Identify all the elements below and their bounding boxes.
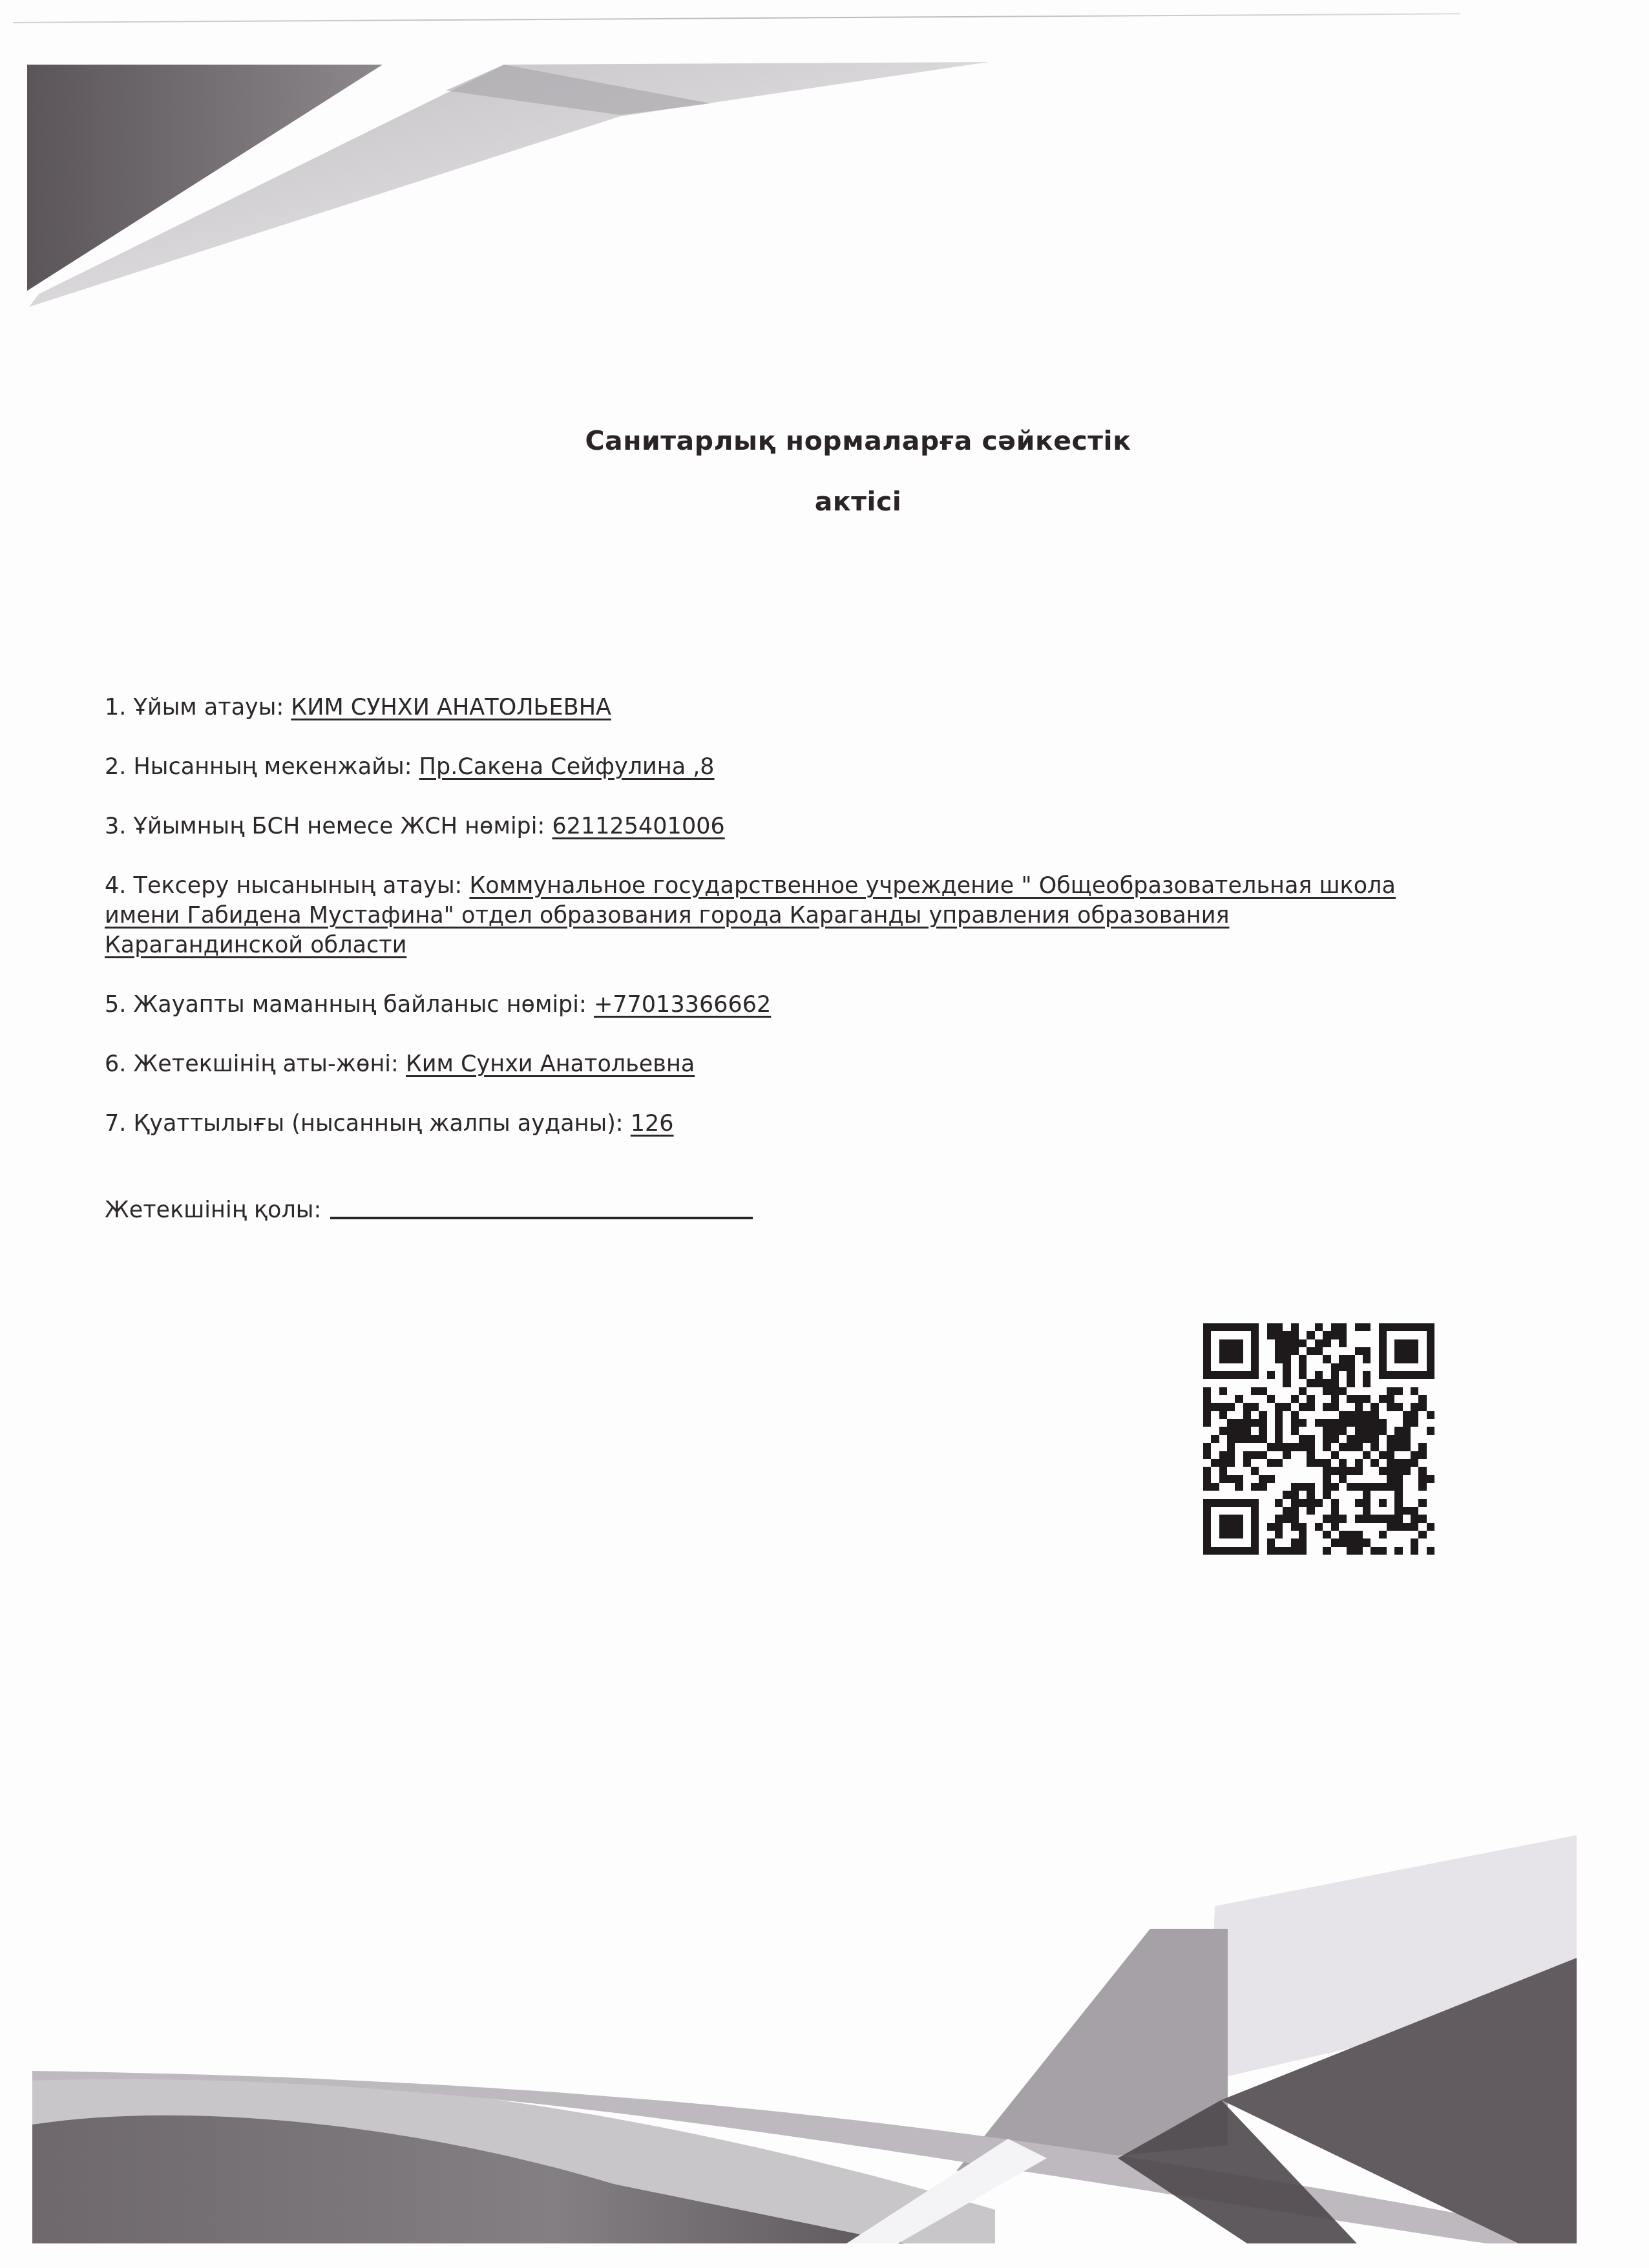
field-value: Пр.Сакена Сейфулина ,8 (419, 754, 715, 780)
field-value: КИМ СУНХИ АНАТОЛЬЕВНА (291, 695, 611, 720)
field-label: 3. Ұйымның БСН немесе ЖСН нөмірі: (105, 814, 552, 839)
field-bin-iin: 3. Ұйымның БСН немесе ЖСН нөмірі: 621125… (105, 812, 1423, 841)
field-director-name: 6. Жетекшінің аты-жөні: Ким Сунхи Анатол… (105, 1049, 1423, 1079)
qr-code-icon (1203, 1323, 1434, 1555)
signature-line (330, 1217, 753, 1219)
field-label: 2. Нысанның мекенжайы: (105, 754, 419, 780)
field-contact-phone: 5. Жауапты маманның байланыс нөмірі: +77… (105, 990, 1423, 1020)
field-label: 7. Қуаттылығы (нысанның жалпы ауданы): (105, 1111, 631, 1137)
footer-decoration (0, 1745, 1649, 2268)
field-label: 5. Жауапты маманның байланыс нөмірі: (105, 992, 594, 1018)
field-value: 126 (631, 1111, 674, 1137)
field-label: 6. Жетекшінің аты-жөні: (105, 1051, 406, 1077)
field-address: 2. Нысанның мекенжайы: Пр.Сакена Сейфули… (105, 752, 1423, 782)
field-capacity-area: 7. Қуаттылығы (нысанның жалпы ауданы): 1… (105, 1109, 1423, 1139)
document-title: Санитарлық нормаларға сәйкестік (34, 425, 1649, 456)
field-organization-name: 1. Ұйым атауы: КИМ СУНХИ АНАТОЛЬЕВНА (105, 693, 1423, 722)
signature-block: Жетекшінің қолы: (105, 1197, 753, 1223)
signature-label: Жетекшінің қолы: (105, 1197, 321, 1223)
act-fields: 1. Ұйым атауы: КИМ СУНХИ АНАТОЛЬЕВНА 2. … (105, 693, 1423, 1168)
field-value: 621125401006 (552, 814, 724, 839)
document-subtitle: актісі (34, 486, 1649, 517)
field-label: 1. Ұйым атауы: (105, 695, 291, 720)
field-value: Ким Сунхи Анатольевна (406, 1051, 695, 1077)
field-inspection-object: 4. Тексеру нысанының атауы: Коммунальное… (105, 871, 1423, 960)
field-label: 4. Тексеру нысанының атауы: (105, 873, 469, 899)
field-value: +77013366662 (594, 992, 771, 1018)
header-decoration (0, 0, 1649, 336)
